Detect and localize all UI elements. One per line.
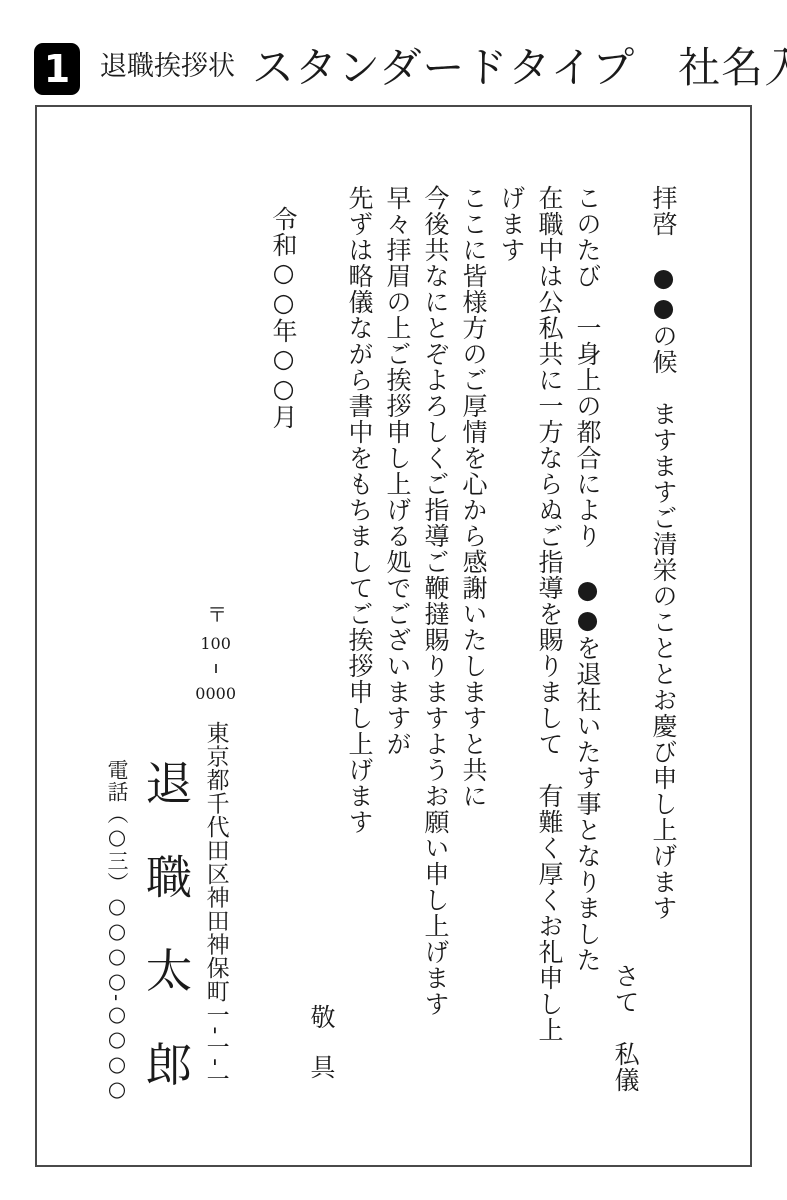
badge-number: 1 [44, 47, 70, 91]
body-line-2: 在職中は公私共に一方ならぬご指導を賜りまして 有難く厚くお礼申し上 [534, 185, 564, 1043]
postal-code-separator [215, 664, 217, 673]
number-badge: 1 [34, 43, 80, 95]
sender-phone: 電話（○三）○○○○-○○○○ [104, 759, 130, 1102]
body-line-4: 今後共なにとぞよろしくご指導ご鞭撻賜りますようお願い申し上げます [420, 185, 450, 1017]
page: { "header": { "number": "1", "category":… [0, 0, 787, 1200]
sender-address-column: 〒 100 0000 東京都千代田区神田神保町一-一-一 [195, 604, 236, 1090]
date-line: 令和○○年○○月 [268, 206, 298, 430]
postal-mark-icon: 〒 [204, 604, 228, 625]
body-line-3: ここに皆様方のご厚情を心から感謝いたしますと共に [458, 185, 488, 809]
category-label: 退職挨拶状 [100, 52, 235, 82]
page-title: スタンダードタイプ 社名入 [252, 44, 787, 92]
greeting-line: 拝啓 ●●の候 ますますご清栄のこととお慶び申し上げます [648, 185, 678, 921]
closing-word: 敬具 [306, 1004, 336, 1104]
postal-code-first: 100 [200, 635, 231, 652]
transition-line: さて 私儀 [610, 963, 640, 1093]
body-line-1: このたび 一身上の都合により ●●を退社いたす事となりました [572, 185, 602, 973]
postal-code-second: 0000 [195, 685, 236, 702]
sender-address: 東京都千代田区神田神保町一-一-一 [203, 721, 229, 1090]
letter-frame: 拝啓 ●●の候 ますますご清栄のこととお慶び申し上げます さて 私儀 このたび … [35, 105, 752, 1167]
sender-name: 退職太郎 [140, 759, 192, 1134]
body-line-5: 早々拝眉の上ご挨拶申し上げる処でございますが [382, 185, 412, 757]
body-line-2-cont: げます [496, 185, 526, 263]
body-line-6: 先ずは略儀ながら書中をもちましてご挨拶申し上げます [344, 185, 374, 835]
